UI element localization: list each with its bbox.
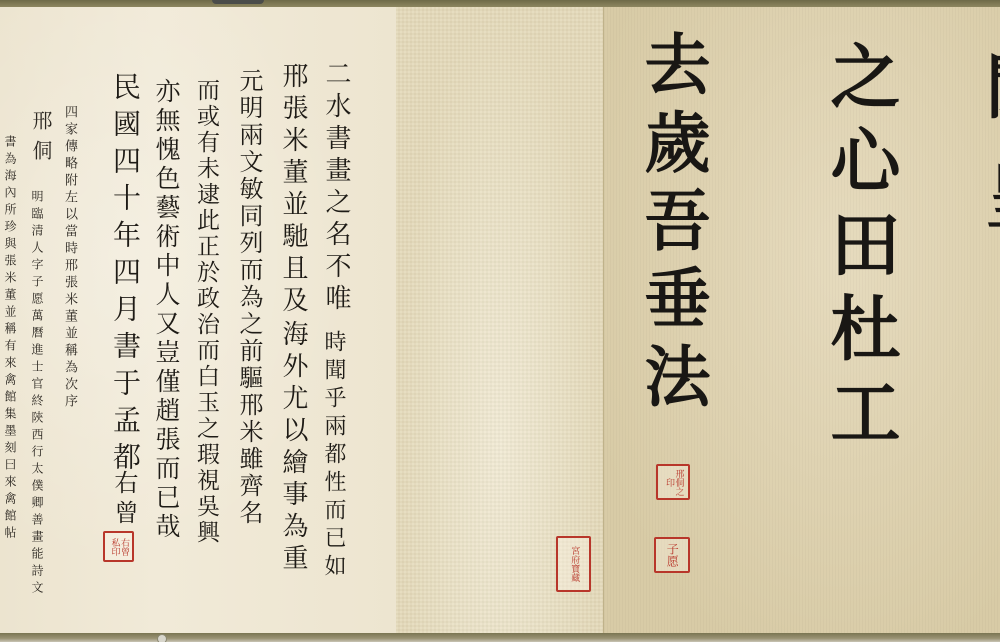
colophon-date-column: 民國四十年四月書于孟都 bbox=[105, 72, 145, 479]
colophon-column-1a: 二水書畫之名不唯 bbox=[318, 60, 355, 316]
annotation-column-1: 四家傳略附左以當時邢張米董並稱為次序 bbox=[60, 105, 79, 411]
scroll-top-border bbox=[0, 0, 1000, 7]
colophon-column-5: 亦無愧色藝術中人又豈僅趙張而已哉 bbox=[148, 78, 184, 542]
annotation-name-xingtong: 邢侗 bbox=[27, 110, 56, 170]
artist-seal-2: 子愿 bbox=[654, 537, 690, 573]
calligraphy-column-2: 去歲吾垂法 bbox=[625, 30, 720, 420]
colophon-column-3: 元明兩文敏同列而為之前驅邢米雖齊名 bbox=[232, 68, 267, 527]
colophon-column-4: 而或有未逮此正於政治而白玉之瑕視吳興 bbox=[190, 78, 223, 546]
annotation-column-3: 書為海內所珍與張米董並稱有來禽館集墨刻曰來禽館帖 bbox=[2, 135, 19, 543]
mount-clip bbox=[212, 0, 264, 4]
calligraphy-column-1: 之心田杜工 bbox=[810, 40, 911, 460]
colophon-seal: 右曾私印 bbox=[103, 531, 134, 562]
colophon-column-1b: 時聞乎兩都性而已如 bbox=[318, 330, 349, 582]
collector-seal: 宮府寶藏 bbox=[556, 536, 591, 592]
colophon-column-2b: 海外尤以繪事為重 bbox=[275, 320, 312, 576]
scroll-bottom-border bbox=[0, 633, 1000, 642]
colophon-signature: 右曾 bbox=[107, 470, 142, 530]
mount-pin bbox=[157, 634, 167, 642]
annotation-column-2: 明臨清人字子愿萬曆進士官終陝西行太僕卿善畫能詩文 bbox=[29, 190, 46, 598]
colophon-column-2a: 邢張米董並馳且及 bbox=[275, 62, 312, 318]
artist-seal-1: 邢侗之印 bbox=[656, 464, 690, 500]
calligraphy-column-3-partial: 閑呈 bbox=[965, 50, 1000, 270]
